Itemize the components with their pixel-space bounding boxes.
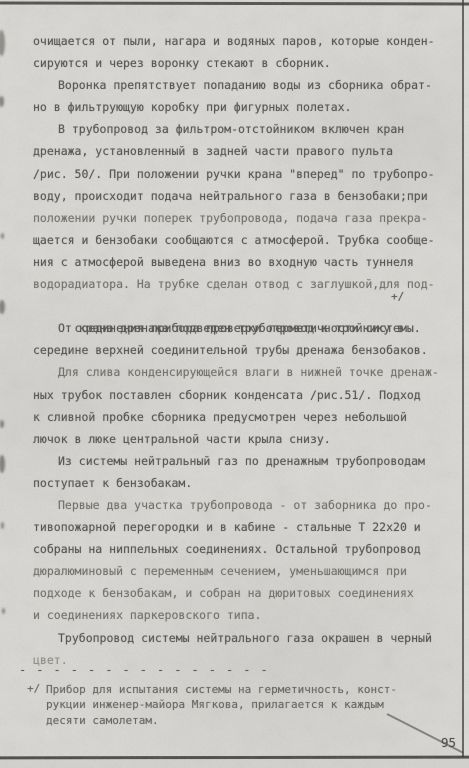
ink-speck	[0, 300, 5, 314]
text-line: воду, происходит подача нейтрального газ…	[33, 185, 453, 207]
text-line: и соединениях паркеровского типа.	[33, 604, 453, 626]
text-line: В трубопровод за фильтром-отстойником вк…	[33, 118, 453, 140]
text-line: От крана дренажа подведен трубопровод к …	[33, 317, 453, 339]
text-line: Первые два участка трубопровода - от заб…	[33, 494, 453, 516]
text-line: Трубопровод системы нейтрального газа ок…	[33, 627, 453, 649]
text-line: щается и бензобаки сообщаются с атмосфер…	[33, 229, 453, 251]
scan-edge-right-line	[462, 0, 465, 757]
document-body: очищается от пыли, нагара и водяных паро…	[33, 30, 453, 671]
text-line: Из системы нейтральный газ по дренажным …	[33, 450, 453, 472]
text-line: ных трубок поставлен сборник конденсата …	[33, 384, 453, 406]
ink-speck	[0, 455, 5, 473]
text-line: положении ручки поперек трубопровода, по…	[33, 207, 453, 229]
text-line: дюралюминовый с переменным сечением, уме…	[33, 560, 453, 582]
scan-edge-top-line	[0, 2, 469, 5]
footnote-text: Прибор для испытания системы на герметич…	[46, 682, 397, 728]
footnote-marker: +/	[27, 682, 40, 695]
text-line: Для слива конденсирующейся влаги в нижне…	[33, 361, 453, 383]
text-line: Воронка препятствует попаданию воды из с…	[33, 74, 453, 96]
text-line: поступает к бензобакам.	[33, 472, 453, 494]
scan-edge-bottom-margin	[0, 759, 469, 768]
text-line: водорадиатора. На трубке сделан отвод с …	[33, 273, 453, 295]
text-line: лючок в люке центральной части крыла сни…	[33, 428, 453, 450]
text-line: сируются и через воронку стекают в сборн…	[33, 52, 453, 74]
text-line: середине верхней соединительной трубы др…	[33, 339, 453, 361]
ink-speck	[0, 96, 4, 107]
footnote: +/ Прибор для испытания системы на герме…	[27, 682, 397, 728]
ink-speck	[1, 233, 4, 239]
text-line: подходе к бензобакам, и собран на дюрито…	[33, 582, 453, 604]
page-corner-crease	[387, 713, 465, 754]
ink-speck	[1, 522, 4, 529]
text-line: соединения прибора проверки герметичност…	[33, 295, 453, 317]
ink-speck	[2, 608, 5, 614]
text-line: собраны на ниппельных соединениях. Остал…	[33, 538, 453, 560]
footnote-reference-mark: +/	[391, 286, 404, 308]
footnote-line: рукции инженер-майора Мягкова, прилагает…	[46, 697, 397, 712]
text-line: к сливной пробке сборника предусмотрен ч…	[33, 406, 453, 428]
footnote-line: десяти самолетам.	[46, 713, 397, 728]
text-line: очищается от пыли, нагара и водяных паро…	[33, 30, 453, 52]
text-line: /рис. 50/. При положении ручки крана "вп…	[33, 163, 453, 185]
ink-speck	[0, 30, 5, 56]
footnote-line: Прибор для испытания системы на герметич…	[46, 682, 397, 697]
scanned-document-page: очищается от пыли, нагара и водяных паро…	[0, 0, 469, 768]
text-line: но в фильтрующую коробку при фигурных по…	[33, 96, 453, 118]
text-line: ния с атмосферой выведена вниз во входну…	[33, 251, 453, 273]
footnote-separator-dashes: - - - - - - - - - - - - - - -	[19, 663, 269, 677]
text-line: дренажа, установленный в задней части пр…	[33, 140, 453, 162]
text-line: тивопожарной перегородки и в кабине - ст…	[33, 516, 453, 538]
ink-speck	[0, 420, 4, 428]
